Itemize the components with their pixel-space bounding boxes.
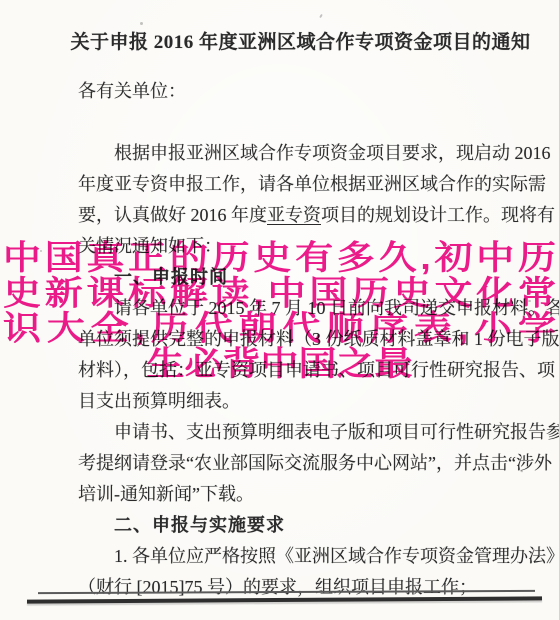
paragraph-line: 根据申报亚洲区域合作专项资金项目要求，现启动 2016 [78, 138, 523, 169]
section-heading-requirements: 二、申报与实施要求 [78, 510, 523, 541]
paragraph-line: 申请书、支出预算明细表电子版和项目可行性研究报告参 [78, 417, 523, 448]
paragraph-line: 培训-通知新闻”下载。 [78, 479, 523, 510]
paragraph-line: 目支出预算明细表。 [78, 386, 523, 417]
salutation: 各有关单位： [78, 76, 523, 107]
document-scan: 关于申报 2016 年度亚洲区域合作专项资金项目的通知 各有关单位： 根据申报亚… [78, 0, 523, 603]
paragraph-line: 单位须提供完整的申报材料（3 份纸质材料盖章和 1 份电子版 [78, 324, 523, 355]
paragraph-intro: 根据申报亚洲区域合作专项资金项目要求，现启动 2016 年度亚专资申报工作，请各… [78, 138, 523, 262]
paragraph-deadline: 请各单位于 2015 年 7 月 10 日前向我司递交申报材料。各 单位须提供完… [78, 293, 523, 417]
document-title: 关于申报 2016 年度亚洲区域合作专项资金项目的通知 [70, 26, 531, 60]
scan-speckle [40, 250, 42, 252]
paragraph-line: 1. 各单位应严格按照《亚洲区域合作专项资金管理办法》 [78, 541, 523, 572]
paragraph-requirements: 1. 各单位应严格按照《亚洲区域合作专项资金管理办法》 （财行 [2015]75… [78, 541, 523, 603]
paragraph-line: 考提纲请登录“农业部国际交流服务中心网站”，并点击“涉外 [78, 448, 523, 479]
underlined-term: 亚专资 [267, 205, 321, 225]
scanned-notice-page: 关于申报 2016 年度亚洲区域合作专项资金项目的通知 各有关单位： 根据申报亚… [0, 0, 559, 620]
paragraph-text: 要，认真做好 2016 年度 [78, 205, 267, 225]
section-heading-application-time: 一、申报时间 [78, 262, 523, 293]
paragraph-download: 申请书、支出预算明细表电子版和项目可行性研究报告参 考提纲请登录“农业部国际交流… [78, 417, 523, 510]
paragraph-line: 材料），包括：亚专资项目申请书、项目可行性研究报告、项 [78, 355, 523, 386]
paragraph-line: 关情况通知如下： [78, 231, 523, 262]
paragraph-line: 要，认真做好 2016 年度亚专资项目的规划设计工作。现将有 [78, 200, 523, 231]
paragraph-text: 项目的规划设计工作。现将有 [321, 205, 555, 225]
scan-speckle [140, 22, 143, 25]
scan-speckle [528, 300, 531, 302]
paragraph-line: 请各单位于 2015 年 7 月 10 日前向我司递交申报材料。各 [78, 293, 523, 324]
paragraph-line: 年度亚专资申报工作，请各单位根据亚洲区域合作的实际需 [78, 169, 523, 200]
